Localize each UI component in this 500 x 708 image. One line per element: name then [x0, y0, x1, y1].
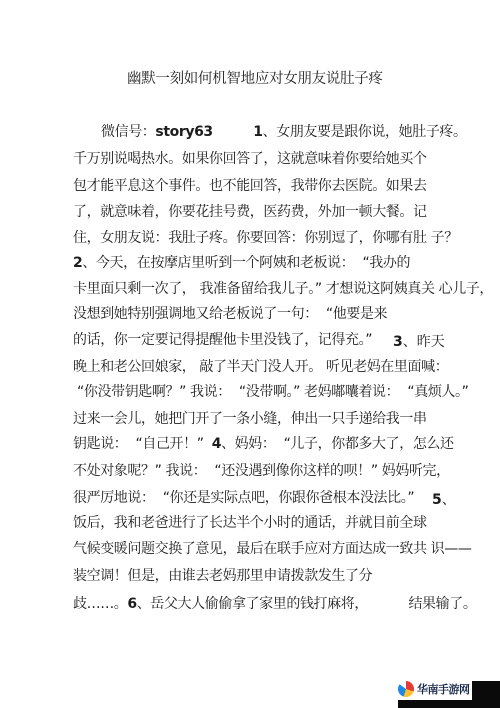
text-line-14: 不处对象呢？” 我说： “还没遇到像你这样的呗！” 妈妈听完， [73, 462, 450, 480]
text-line-17: 气候变暖问题交换了意见，最后在联手应对方面达成一致共 识—— [73, 540, 471, 558]
text-line-4: 了，就意味着，你要花挂号费，医药费，外加一顿大餐。记 [73, 203, 427, 221]
text-line-5: 住，女朋友说：我肚子疼。你要回答：你别逗了，你哪有肚 子？ [73, 229, 458, 247]
text-line-8: 没想到她特别强调地又给老板说了一句： “他要是来 [73, 305, 387, 323]
text-line-18: 装空调！但是，由谁去老妈那里申请拨款发生了分 [73, 567, 372, 585]
text-line-2: 千万别说喝热水。如果你回答了，这就意味着你要给她买个 [73, 150, 427, 168]
swirl-logo-icon [398, 681, 414, 697]
text-line-13: 钥匙说： “自己开！” 4、妈妈： “儿子，你都多大了，怎么还 [73, 435, 454, 453]
text-line-11: “你没带钥匙啊？” 我说： “没带啊。” 老妈嘟囔着说： “真烦人。” [73, 383, 468, 401]
text-line-12: 过来一会儿，她把门开了一条小缝，伸出一只手递给我一串 [73, 410, 427, 428]
text-line-3: 包才能平息这个事件。也不能回答，我带你去医院。如果去 [73, 177, 427, 195]
text-line-9: 的话，你一定要记得提醒他卡里没钱了，记得充。” [73, 331, 372, 349]
text-line-15: 很严厉地说： “你还是实际点吧，你跟你爸根本没法比。” [73, 489, 414, 507]
watermark: 华南手游网 [398, 678, 472, 700]
text-line-16: 饭后，我和老爸进行了长达半个小时的通话，并就目前全球 [73, 514, 427, 532]
watermark-backdrop-bottom [398, 700, 500, 708]
text-line-19: 歧……。6、岳父大人偷偷拿了家里的钱打麻将， 结果输了。 [73, 595, 476, 613]
item-marker-5: 5、 [432, 489, 456, 509]
text-line-10: 晚上和老公回娘家， 敲了半天门没人开。 听见老妈在里面喊： [73, 358, 448, 376]
text-line-6: 2、今天，在按摩店里听到一个阿姨和老板说： “我办的 [73, 254, 410, 272]
item-marker-3: 3、昨天 [393, 331, 445, 351]
document-title: 幽默一刻如何机智地应对女朋友说肚子疼 [127, 67, 383, 88]
watermark-text: 华南手游网 [417, 681, 470, 697]
text-line-7: 卡里面只剩一次了， 我准备留给我儿子。” 才想说这阿姨真关 心儿子， [73, 280, 493, 298]
text-line-1: 微信号：story63 1、女朋友要是跟你说，她肚子疼。 [101, 123, 467, 141]
